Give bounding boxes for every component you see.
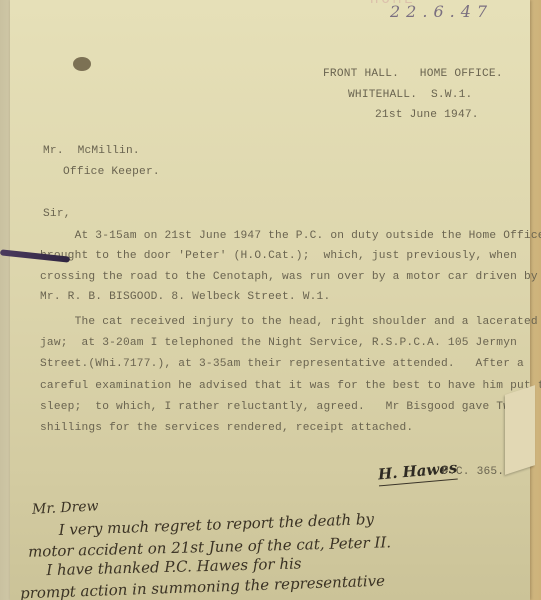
body-line: crossing the road to the Cenotaph, was r…: [40, 271, 538, 283]
body-line: shillings for the services rendered, rec…: [40, 422, 413, 434]
body-line: brought to the door 'Peter' (H.O.Cat.); …: [40, 250, 517, 262]
body-line: Mr. R. B. BISGOOD. 8. Welbeck Street. W.…: [40, 291, 330, 303]
handwritten-note-line: Mr. Drew: [32, 498, 99, 517]
letter-page: HOME 22.6.47 FRONT HALL. HOME OFFICE. WH…: [10, 0, 530, 600]
body-line: sleep; to which, I rather reluctantly, a…: [40, 401, 517, 413]
body-line: The cat received injury to the head, rig…: [40, 316, 538, 328]
punch-hole: [73, 57, 91, 71]
file-stamp-number: 22.6.47: [390, 2, 493, 21]
salutation: Sir,: [43, 208, 71, 220]
header-date: 21st June 1947.: [375, 109, 479, 121]
body-line: jaw; at 3-20am I telephoned the Night Se…: [40, 337, 517, 349]
body-line: At 3-15am on 21st June 1947 the P.C. on …: [40, 230, 541, 242]
recipient-title: Office Keeper.: [63, 166, 160, 178]
header-address-line1: FRONT HALL. HOME OFFICE.: [323, 68, 503, 80]
body-line: careful examination he advised that it w…: [40, 380, 541, 392]
signature-rank: P.C. 365.: [442, 466, 504, 478]
body-line: Street.(Whi.7177.), at 3-35am their repr…: [40, 358, 524, 370]
folded-receipt-corner: [505, 385, 535, 475]
recipient-name: Mr. McMillin.: [43, 145, 140, 157]
header-address-line2: WHITEHALL. S.W.1.: [348, 89, 472, 101]
